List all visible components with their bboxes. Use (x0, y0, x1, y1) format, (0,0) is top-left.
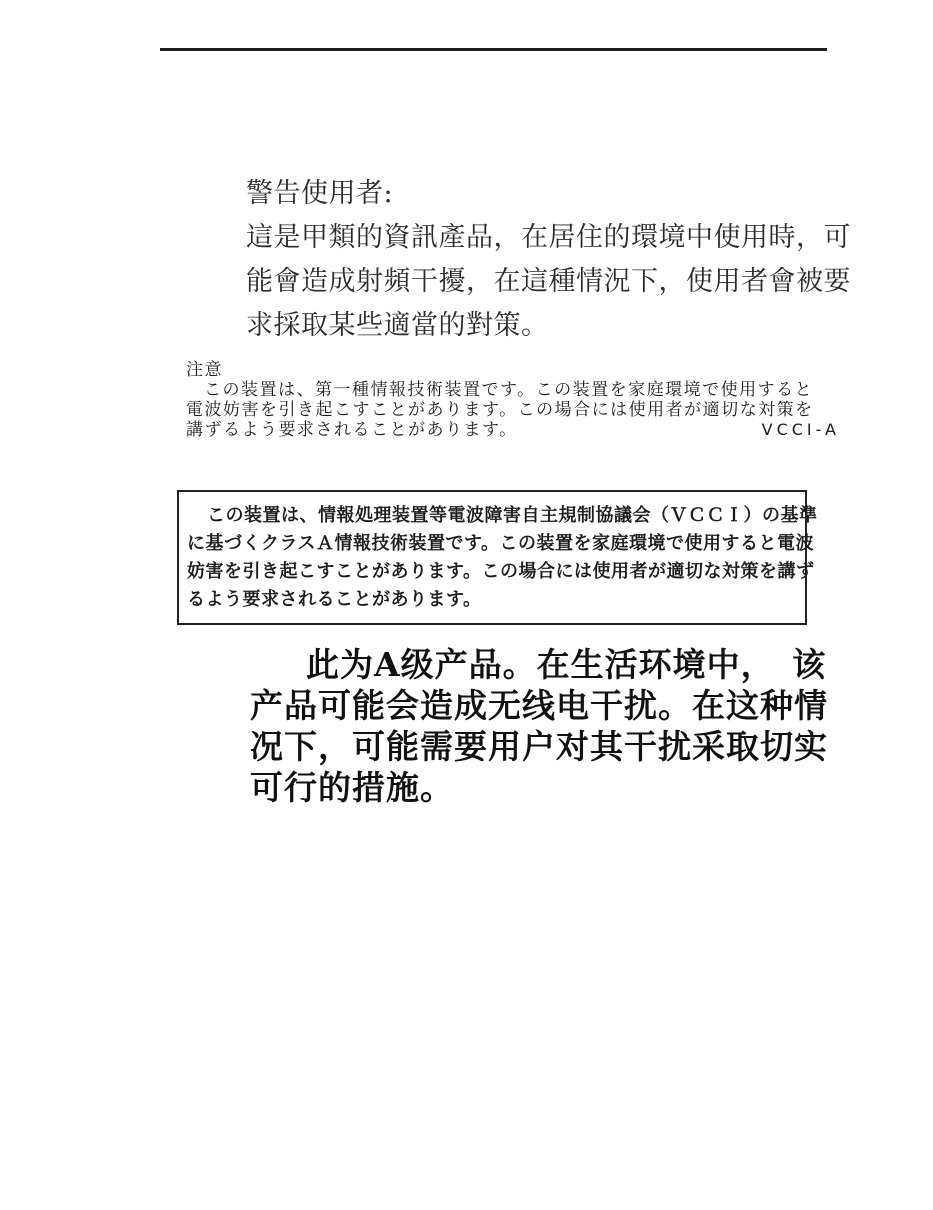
china-class-a-notice: 此为A级产品。在生活环境中， 该 产品可能会造成无线电干扰。在这种情 况下，可能… (250, 644, 810, 808)
boxed-notice-line: 妨害を引き起こすことがあります。この場合には使用者が適切な対策を講ず (187, 558, 797, 586)
top-horizontal-rule (160, 48, 827, 51)
notice-heading: 注意 (186, 360, 840, 380)
warning-line: 能會造成射頻干擾，在這種情況下，使用者會被要 (246, 260, 846, 304)
boxed-notice-line: るよう要求されることがあります。 (187, 586, 797, 614)
warning-line: 求採取某些適當的對策。 (246, 304, 846, 348)
taiwan-class-a-warning: 警告使用者: 這是甲類的資訊產品，在居住的環境中使用時，可 能會造成射頻干擾，在… (246, 172, 846, 348)
ccc-line: 况下，可能需要用户对其干扰采取切实 (250, 726, 810, 767)
document-page: 警告使用者: 這是甲類的資訊產品，在居住的環境中使用時，可 能會造成射頻干擾，在… (0, 0, 933, 1210)
ccc-line: 此为A级产品。在生活环境中， 该 (250, 644, 810, 685)
vcci-class-a-boxed-notice: この装置は、情報処理装置等電波障害自主規制協議会（ＶＣＣＩ）の基準 に基づくクラ… (177, 490, 807, 625)
ccc-line: 产品可能会造成无线电干扰。在这种情 (250, 685, 810, 726)
notice-line-text: 講ずるよう要求されることがあります。 (186, 420, 518, 440)
boxed-notice-line: この装置は、情報処理装置等電波障害自主規制協議会（ＶＣＣＩ）の基準 (187, 502, 797, 530)
notice-line: 電波妨害を引き起こすことがあります。この場合には使用者が適切な対策を (186, 400, 840, 420)
warning-line: 這是甲類的資訊產品，在居住的環境中使用時，可 (246, 216, 846, 260)
vcci-a-label: VCCI-A (762, 420, 840, 440)
boxed-notice-line: に基づくクラスＡ情報技術装置です。この装置を家庭環境で使用すると電波 (187, 530, 797, 558)
notice-last-line: 講ずるよう要求されることがあります。 VCCI-A (186, 420, 840, 440)
warning-heading: 警告使用者: (246, 172, 846, 216)
notice-line: この装置は、第一種情報技術装置です。この装置を家庭環境で使用すると (186, 380, 840, 400)
vcci-class1-notice: 注意 この装置は、第一種情報技術装置です。この装置を家庭環境で使用すると 電波妨… (186, 360, 840, 440)
ccc-line: 可行的措施。 (250, 767, 810, 808)
